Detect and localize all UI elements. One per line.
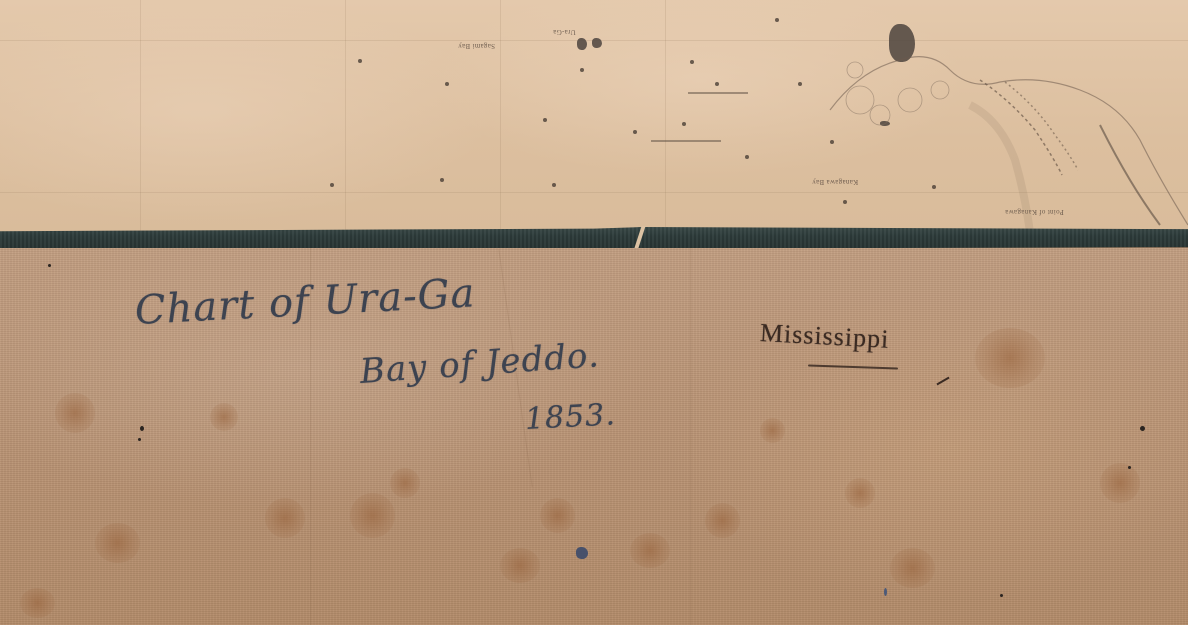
- chart-photograph: Sagami Bay Ura-Ga Kanagawa Bay Point of …: [0, 0, 1188, 625]
- island-mark: [592, 38, 602, 48]
- sounding-mark: [715, 82, 719, 86]
- foxing-stain: [890, 548, 935, 588]
- foxing-stain: [210, 403, 238, 431]
- ink-speck: [1128, 466, 1131, 469]
- foxing-stain: [55, 393, 95, 433]
- inscription-year: 1853.: [524, 397, 617, 437]
- map-soundings-line: [651, 140, 721, 142]
- sounding-mark: [745, 155, 749, 159]
- foxing-stain: [350, 493, 395, 538]
- printed-chart-paper: Sagami Bay Ura-Ga Kanagawa Bay Point of …: [0, 0, 1188, 232]
- sounding-mark: [440, 178, 444, 182]
- foxing-stain: [630, 533, 670, 568]
- chart-grid-line: [665, 0, 666, 232]
- chart-grid-line: [345, 0, 346, 232]
- island-mark: [577, 38, 587, 50]
- ink-speck: [1140, 426, 1145, 431]
- foxing-stain: [760, 418, 785, 443]
- sounding-mark: [633, 130, 637, 134]
- sounding-mark: [330, 183, 334, 187]
- foxing-stain: [265, 498, 305, 538]
- fold-crease: [690, 248, 691, 625]
- sounding-mark: [552, 183, 556, 187]
- chart-grid-line: [500, 0, 501, 232]
- ink-speck: [884, 588, 887, 596]
- map-label: Sagami Bay: [458, 42, 495, 50]
- coastline-drawing: [800, 10, 1188, 232]
- map-soundings-line: [688, 92, 748, 94]
- sounding-mark: [690, 60, 694, 64]
- ink-speck: [138, 438, 141, 441]
- foxing-stain: [1100, 463, 1140, 503]
- sounding-mark: [775, 18, 779, 22]
- sounding-mark: [580, 68, 584, 72]
- foxing-stain: [390, 468, 420, 498]
- chart-grid-line: [140, 0, 141, 232]
- blue-ink-blot: [576, 547, 588, 559]
- map-label: Ura-Ga: [553, 28, 576, 36]
- foxing-stain: [95, 523, 140, 563]
- foxing-stain: [975, 328, 1045, 388]
- foxing-stain: [500, 548, 540, 583]
- foxing-stain: [540, 498, 575, 533]
- ink-speck: [1000, 594, 1003, 597]
- foxing-stain: [845, 478, 875, 508]
- sounding-mark: [682, 122, 686, 126]
- foxing-stain: [20, 588, 55, 618]
- ink-speck: [140, 426, 144, 431]
- sounding-mark: [543, 118, 547, 122]
- sounding-mark: [445, 82, 449, 86]
- sounding-mark: [358, 59, 362, 63]
- foxing-stain: [705, 503, 740, 538]
- ink-speck: [48, 264, 51, 267]
